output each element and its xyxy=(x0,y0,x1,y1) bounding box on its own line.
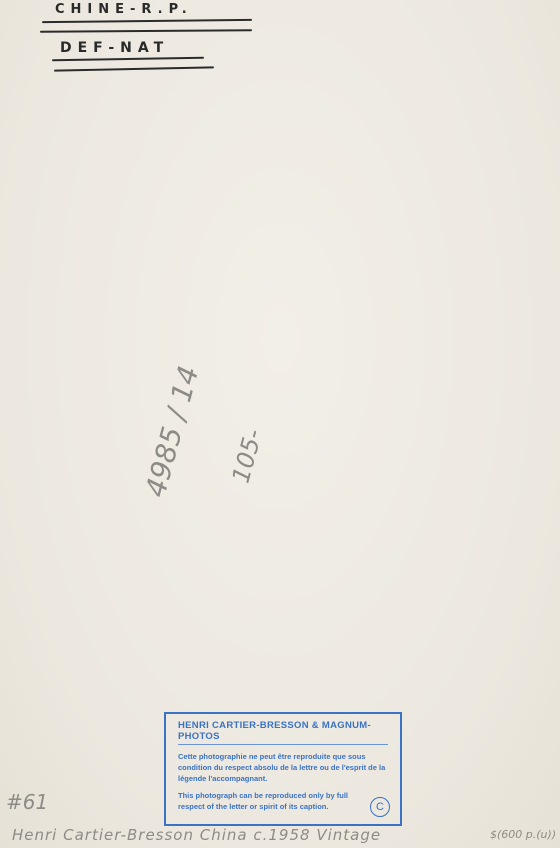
pencil-price: $(600 p.(u)) xyxy=(490,828,556,841)
handwritten-chine-rp: CHINE-R.P. xyxy=(55,2,193,17)
pencil-inventory-number: 4985 / 14 xyxy=(139,362,206,500)
underline-4 xyxy=(54,66,214,71)
underline-3 xyxy=(52,57,204,62)
pencil-caption: Henri Cartier-Bresson China c.1958 Vinta… xyxy=(12,826,381,844)
handwritten-def-nat: DEF-NAT xyxy=(60,40,169,56)
pencil-item-number: #61 xyxy=(6,790,48,814)
underline-2 xyxy=(40,29,252,32)
pencil-code: 105- xyxy=(227,426,268,486)
stamp-french-text: Cette photographie ne peut être reprodui… xyxy=(178,751,388,784)
stamp-title: HENRI CARTIER-BRESSON & MAGNUM-PHOTOS xyxy=(178,720,388,745)
stamp-english-text: This photograph can be reproduced only b… xyxy=(178,790,388,812)
underline-1 xyxy=(42,19,252,23)
copyright-icon: C xyxy=(370,797,390,817)
magnum-copyright-stamp: HENRI CARTIER-BRESSON & MAGNUM-PHOTOS Ce… xyxy=(164,712,402,826)
